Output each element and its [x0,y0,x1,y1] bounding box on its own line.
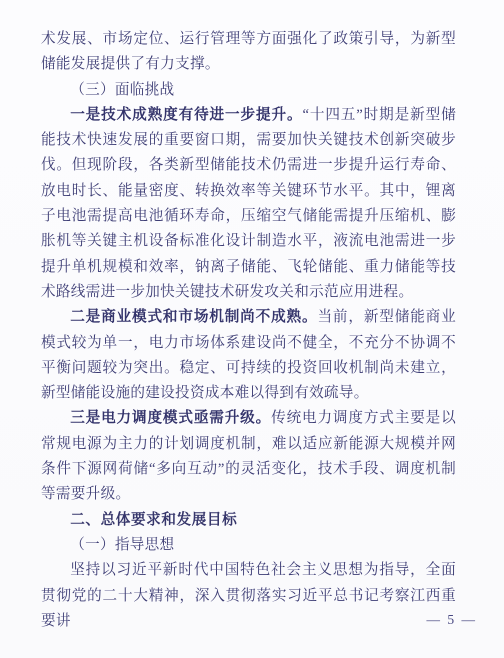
sub-heading: （一）指导思想 [41,533,456,558]
page-number: — 5 — [427,612,478,628]
sub-heading: （三）面临挑战 [41,78,456,103]
paragraph: 一是技术成熟度有待进一步提升。“十四五”时期是新型储能技术快速发展的重要窗口期，… [41,103,456,305]
paragraph-lead: 二是商业模式和市场机制尚不成熟。 [70,309,317,325]
paragraph: 坚持以习近平新时代中国特色社会主义思想为指导，全面贯彻党的二十大精神，深入贯彻落… [41,558,456,634]
paragraph-text: 术发展、市场定位、运行管理等方面强化了政策引导，为新型储能发展提供了有力支撑。 [41,31,456,72]
paragraph-lead: 三是电力调度模式亟需升级。 [70,410,271,426]
paragraph-text: “十四五”时期是新型储能技术快速发展的重要窗口期，需要加快关键技术创新突破步伐。… [41,107,456,300]
paragraph: 二是商业模式和市场机制尚不成熟。当前，新型储能商业模式较为单一，电力市场体系建设… [41,305,456,406]
paragraph-lead: 一是技术成熟度有待进一步提升。 [70,107,302,123]
paragraph: 三是电力调度模式亟需升级。传统电力调度方式主要是以常规电源为主力的计划调度机制，… [41,406,456,507]
paragraph-text: 坚持以习近平新时代中国特色社会主义思想为指导，全面贯彻党的二十大精神，深入贯彻落… [41,562,456,629]
paragraph-text: 二、总体要求和发展目标 [70,512,237,528]
section-heading: 二、总体要求和发展目标 [41,508,456,533]
paragraph-text: （一）指导思想 [70,537,174,553]
paragraph: 术发展、市场定位、运行管理等方面强化了政策引导，为新型储能发展提供了有力支撑。 [41,27,456,78]
document-page: 术发展、市场定位、运行管理等方面强化了政策引导，为新型储能发展提供了有力支撑。（… [0,0,504,658]
document-body: 术发展、市场定位、运行管理等方面强化了政策引导，为新型储能发展提供了有力支撑。（… [41,27,456,634]
paragraph-text: （三）面临挑战 [70,82,174,98]
